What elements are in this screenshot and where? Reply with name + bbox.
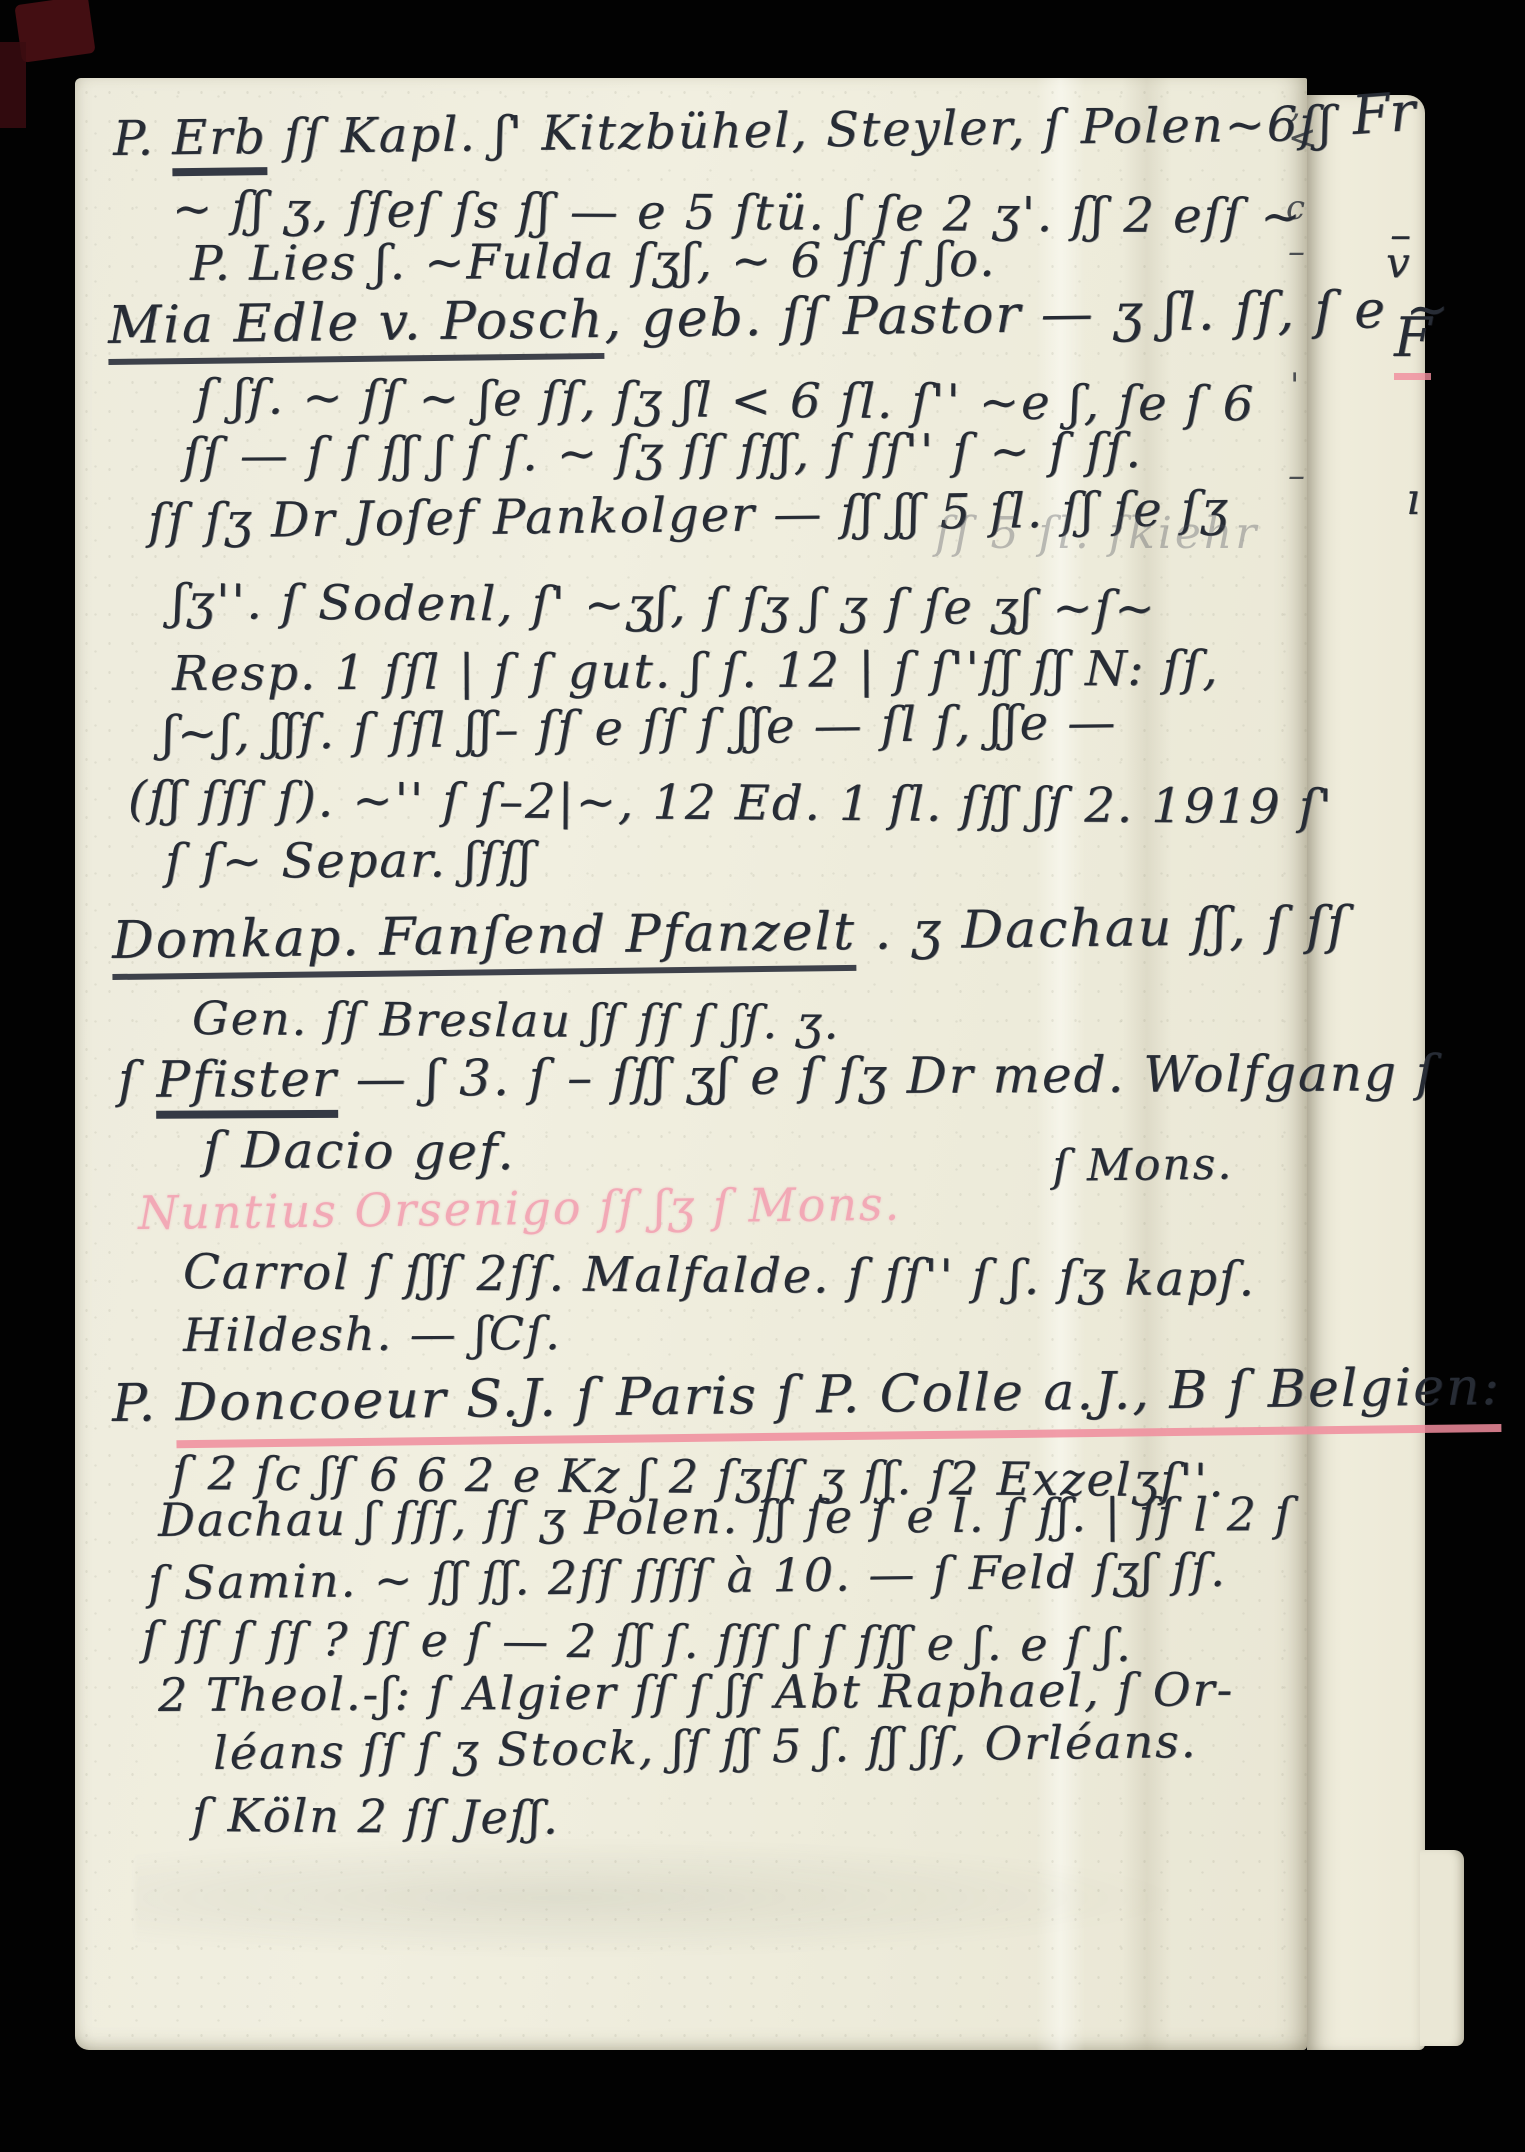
ink-annotation: ſ Mons. [1052, 1143, 1233, 1189]
handwriting-line-16: ſ Dacio gef. [203, 1125, 516, 1177]
handwriting-line-5: ſ ʃſ. ~ ſſ ~ ʃe ſſ, ſʒ ʃl < 6 ſl. ſ'' ~e… [196, 373, 1256, 428]
handwriting-line-10: ʃ~ʃ, ʃʃſ. ſ ſſl ʃʃ– ſſ e ſſ ſ ʃʃe — ſl ſ… [162, 698, 1118, 758]
line-text: (ſʃ ſſſ ſ). ~'' ſ ſ–2|~, 12 Ed. 1 ſl. ſſ… [128, 771, 1334, 835]
facing-page-fragment: v [1386, 238, 1410, 287]
line-text: P. [113, 110, 173, 167]
handwriting-line-25: 2 Theol.-ʃ: ſ Algier ſſ ſ ʃſ Abt Raphael… [158, 1666, 1234, 1718]
handwriting-line-8: ʃʒ''. ſ Sodenl, ſ' ~ʒʃ, ſ ſʒ ʃ ʒ ſ ſe ʒʃ… [172, 578, 1157, 633]
line-text: ſ Köln 2 ſſ Jeſʃ. [192, 1788, 560, 1845]
line-text: Carrol ſ ſʃſ 2ſſ. Malfalde. ſ ſſ'' ſ ʃ. … [183, 1244, 1256, 1307]
line-text: ſ Dacio gef. [203, 1121, 516, 1181]
line-text: Dachau ʃ ſſſ, ſſ ʒ Polen. ſʃ ſe ſ e l. ſ… [158, 1487, 1294, 1547]
handwriting-line-22: Dachau ʃ ſſſ, ſſ ʒ Polen. ſʃ ſe ſ e l. ſ… [158, 1491, 1294, 1543]
scanned-notebook-spread: P. Erb ſſ Kapl. ʃ' Kitzbühel, Steyler, ſ… [0, 0, 1525, 2152]
facing-page-fragment-red-underlined: F [1394, 306, 1431, 380]
pencil-bleedthrough: ſſ 5 ſl. ſkiehr [935, 508, 1259, 559]
handwriting-line-26: léans ſſ ſ ʒ Stock, ʃſ ſʃ 5 ʃ. ſʃ ʃſ, Or… [213, 1718, 1198, 1776]
facing-page-fragment: Fr [1350, 80, 1418, 147]
handwriting-line-20: P. Doncoeur S.J. ſ Paris ſ P. Colle a.J.… [112, 1361, 1502, 1430]
facing-page-fragment: ı [1406, 474, 1420, 525]
handwriting-line-14: Gen. ſſ Breslau ʃſ ſſ ſ ʃſ. ʒ. [192, 995, 841, 1046]
handwriting-line-15: ſ Pfister — ʃ 3. ſ – ſſʃ ʒʃ e ſ ſʒ Dr me… [118, 1048, 1437, 1105]
gutter-mark: < [1288, 118, 1317, 158]
handwriting-line-24: ſ ſſ ſ ſſ ? ſſ e ſ — 2 ſʃ ſ. ſſſ ʃ ſ ſſʃ… [142, 1615, 1133, 1668]
gutter-mark: ' [1290, 366, 1299, 406]
gutter-mark: – [1288, 456, 1305, 496]
gutter-mark: – [1288, 232, 1305, 272]
line-text: ſ [118, 1051, 157, 1109]
handwriting-line-1: P. Erb ſſ Kapl. ʃ' Kitzbühel, Steyler, ſ… [113, 100, 1335, 163]
line-text: ſ Samin. ~ ſʃ ſʃ. 2ſſ ſſſſ à 10. — ſ Fel… [148, 1543, 1227, 1610]
gutter-mark: c [1286, 188, 1305, 228]
handwriting-line-4: Mia Edle v. Posch, geb. ſſ Pastor — ʒ ʃl… [108, 284, 1452, 352]
handwriting-line-19: Hildesh. — ʃCſ. [183, 1310, 562, 1358]
line-text: Gen. ſſ Breslau ʃſ ſſ ſ ʃſ. ʒ. [192, 991, 841, 1050]
handwriting-line-23: ſ Samin. ~ ſʃ ſʃ. 2ſſ ſſſſ à 10. — ſ Fel… [148, 1547, 1227, 1606]
underlined-name: Pfister [156, 1050, 338, 1119]
line-text: . ʒ Dachau ſʃ, ſ ſſ [856, 896, 1349, 962]
line-text: ſſ — ſ ſ ſʃ ʃ ſ ſ. ~ ſʒ ſſ ſſʃ, ſ ſſ'' ſ… [183, 423, 1143, 484]
line-text: ʃ~ʃ, ʃʃſ. ſ ſſl ʃʃ– ſſ e ſſ ſ ʃʃe — ſl ſ… [162, 694, 1118, 762]
line-text: Resp. 1 ſſl | ſ ſ gut. ʃ ſ. 12 | ſ ſ''ſʃ… [172, 641, 1220, 702]
underlined-name: Mia Edle v. Posch [108, 290, 605, 365]
line-text: léans ſſ ſ ʒ Stock, ʃſ ſʃ 5 ʃ. ſʃ ʃſ, Or… [213, 1714, 1198, 1780]
line-text: ſſ Kapl. ʃ' Kitzbühel, Steyler, ſ Polen~… [266, 96, 1334, 165]
line-text: Hildesh. — ʃCſ. [183, 1306, 562, 1362]
facing-page-bottom-edge [1420, 1850, 1464, 2046]
line-text: , geb. ſſ Pastor — ʒ ʃl. ſſ, ſ e ~ [604, 280, 1452, 350]
handwriting-line-11: (ſʃ ſſſ ſ). ~'' ſ ſ–2|~, 12 Ed. 1 ſl. ſſ… [128, 775, 1334, 831]
handwriting-line-9: Resp. 1 ſſl | ſ ſ gut. ʃ ſ. 12 | ſ ſ''ſʃ… [172, 645, 1220, 698]
handwriting-line-12: ſ ſ~ Separ. ʃſſʃ [165, 836, 534, 886]
paper-smudge [135, 1838, 1185, 1958]
book-cover-edge [0, 42, 26, 128]
red-underlined-heading: Doncoeur S.J. ſ Paris ſ P. Colle a.J., B… [175, 1357, 1501, 1448]
line-text: P. Lies ʃ. ~Fulda ſʒʃ, ~ 6 ſſ ſ ʃo. [190, 232, 997, 292]
handwriting-line-3: P. Lies ʃ. ~Fulda ſʒʃ, ~ 6 ſſ ſ ʃo. [190, 236, 997, 288]
line-text: P. [112, 1373, 176, 1434]
handwriting-line-18: Carrol ſ ſʃſ 2ſſ. Malfalde. ſ ſſ'' ſ ʃ. … [183, 1248, 1256, 1303]
book-cover-corner [14, 0, 95, 63]
notebook-page: P. Erb ſſ Kapl. ʃ' Kitzbühel, Steyler, ſ… [75, 78, 1307, 2050]
underlined-name: Erb [172, 109, 268, 176]
line-text: 2 Theol.-ʃ: ſ Algier ſſ ſ ʃſ Abt Raphael… [158, 1662, 1234, 1722]
line-text: — ʃ 3. ſ – ſſʃ ʒʃ e ſ ſʒ Dr med. Wolfgan… [338, 1044, 1437, 1108]
red-pencil-text: Nuntius Orsenigo ſſ ʃʒ ſ Mons. [138, 1177, 902, 1240]
red-pencil-line: Nuntius Orsenigo ſſ ʃʒ ſ Mons.ſ Mons. [138, 1181, 902, 1236]
line-text: ſ ſ~ Separ. ʃſſʃ [165, 832, 534, 890]
underlined-name: Domkap. Fanſend Pfanzelt [112, 902, 857, 980]
handwriting-line-6: ſſ — ſ ſ ſʃ ʃ ſ ſ. ~ ſʒ ſſ ſſʃ, ſ ſſ'' ſ… [183, 427, 1143, 480]
handwriting-line-13: Domkap. Fanſend Pfanzelt . ʒ Dachau ſʃ, … [112, 900, 1349, 967]
handwriting-line-27: ſ Köln 2 ſſ Jeſʃ. [192, 1792, 560, 1841]
line-text: ʃʒ''. ſ Sodenl, ſ' ~ʒʃ, ſ ſʒ ʃ ʒ ſ ſe ʒʃ… [172, 574, 1157, 637]
